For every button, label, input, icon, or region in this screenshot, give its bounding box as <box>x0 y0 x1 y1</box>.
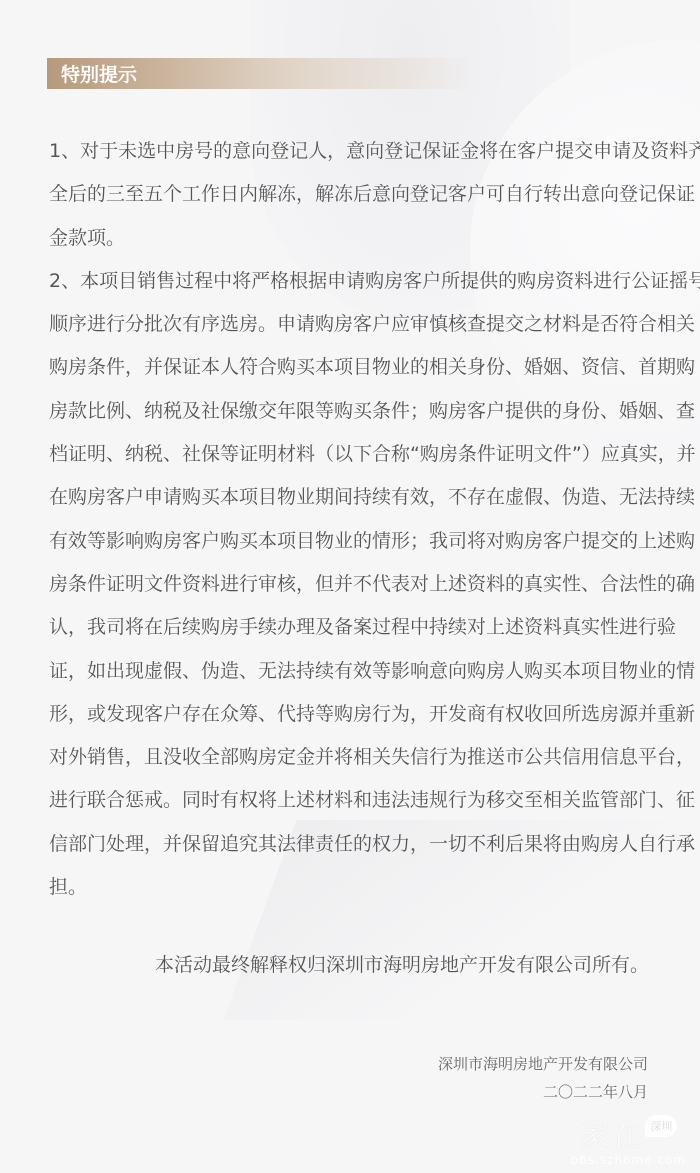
text-line: 信部门处理，并保留追究其法律责任的权力，一切不利后果将由购房人自行承 <box>49 823 653 866</box>
closing-statement: 本活动最终解释权归深圳市海明房地产开发有限公司所有。 <box>155 950 649 977</box>
text-line: 购房条件，并保证本人符合购买本项目物业的相关身份、婚姻、资信、首期购 <box>49 346 653 389</box>
text-line: 担。 <box>49 866 653 909</box>
signature-block: 深圳市海明房地产开发有限公司 二〇二二年八月 <box>438 1050 648 1106</box>
text-line: 全后的三至五个工作日内解冻，解冻后意向登记客户可自行转出意向登记保证 <box>49 173 653 216</box>
text-line: 金款项。 <box>49 217 653 260</box>
text-line: 房款比例、纳税及社保缴交年限等购买条件；购房客户提供的身份、婚姻、查 <box>49 390 653 433</box>
paragraph-1: 1、对于未选中房号的意向登记人，意向登记保证金将在客户提交申请及资料齐 全后的三… <box>49 130 653 260</box>
section-header-bar: 特别提示 <box>47 58 477 89</box>
text-line: 形，或发现客户存在众筹、代持等购房行为，开发商有权收回所选房源并重新 <box>49 693 653 736</box>
text-line: 证，如出现虚假、伪造、无法持续有效等影响意向购房人购买本项目物业的情 <box>49 650 653 693</box>
notice-body: 1、对于未选中房号的意向登记人，意向登记保证金将在客户提交申请及资料齐 全后的三… <box>49 130 653 909</box>
watermark-badge-icon: 深圳 <box>645 1115 677 1137</box>
text-line: 顺序进行分批次有序选房。申请购房客户应审慎核查提交之材料是否符合相关 <box>49 303 653 346</box>
text-line: 档证明、纳税、社保等证明材料（以下合称“购房条件证明文件”）应真实，并 <box>49 433 653 476</box>
paragraph-2: 2、本项目销售过程中将严格根据申请购房客户所提供的购房资料进行公证摇号 顺序进行… <box>49 260 653 909</box>
signature-date: 二〇二二年八月 <box>438 1078 648 1106</box>
text-line: 对外销售，且没收全部购房定金并将相关失信行为推送市公共信用信息平台， <box>49 736 653 779</box>
text-line: 1、对于未选中房号的意向登记人，意向登记保证金将在客户提交申请及资料齐 <box>49 130 653 173</box>
watermark-url: bbs.szhome.com <box>571 1153 686 1167</box>
text-line: 在购房客户申请购买本项目物业期间持续有效，不存在虚假、伪造、无法持续 <box>49 476 653 519</box>
watermark: 家在深圳 bbs.szhome.com <box>571 1111 686 1167</box>
text-line: 认，我司将在后续购房手续办理及备案过程中持续对上述资料真实性进行验 <box>49 606 653 649</box>
section-title: 特别提示 <box>61 60 137 87</box>
watermark-logo-text: 家在 <box>579 1111 643 1155</box>
signature-company: 深圳市海明房地产开发有限公司 <box>438 1050 648 1078</box>
text-line: 2、本项目销售过程中将严格根据申请购房客户所提供的购房资料进行公证摇号 <box>49 260 653 303</box>
text-line: 进行联合惩戒。同时有权将上述材料和违法违规行为移交至相关监管部门、征 <box>49 779 653 822</box>
text-line: 有效等影响购房客户购买本项目物业的情形；我司将对购房客户提交的上述购 <box>49 520 653 563</box>
text-line: 房条件证明文件资料进行审核，但并不代表对上述资料的真实性、合法性的确 <box>49 563 653 606</box>
